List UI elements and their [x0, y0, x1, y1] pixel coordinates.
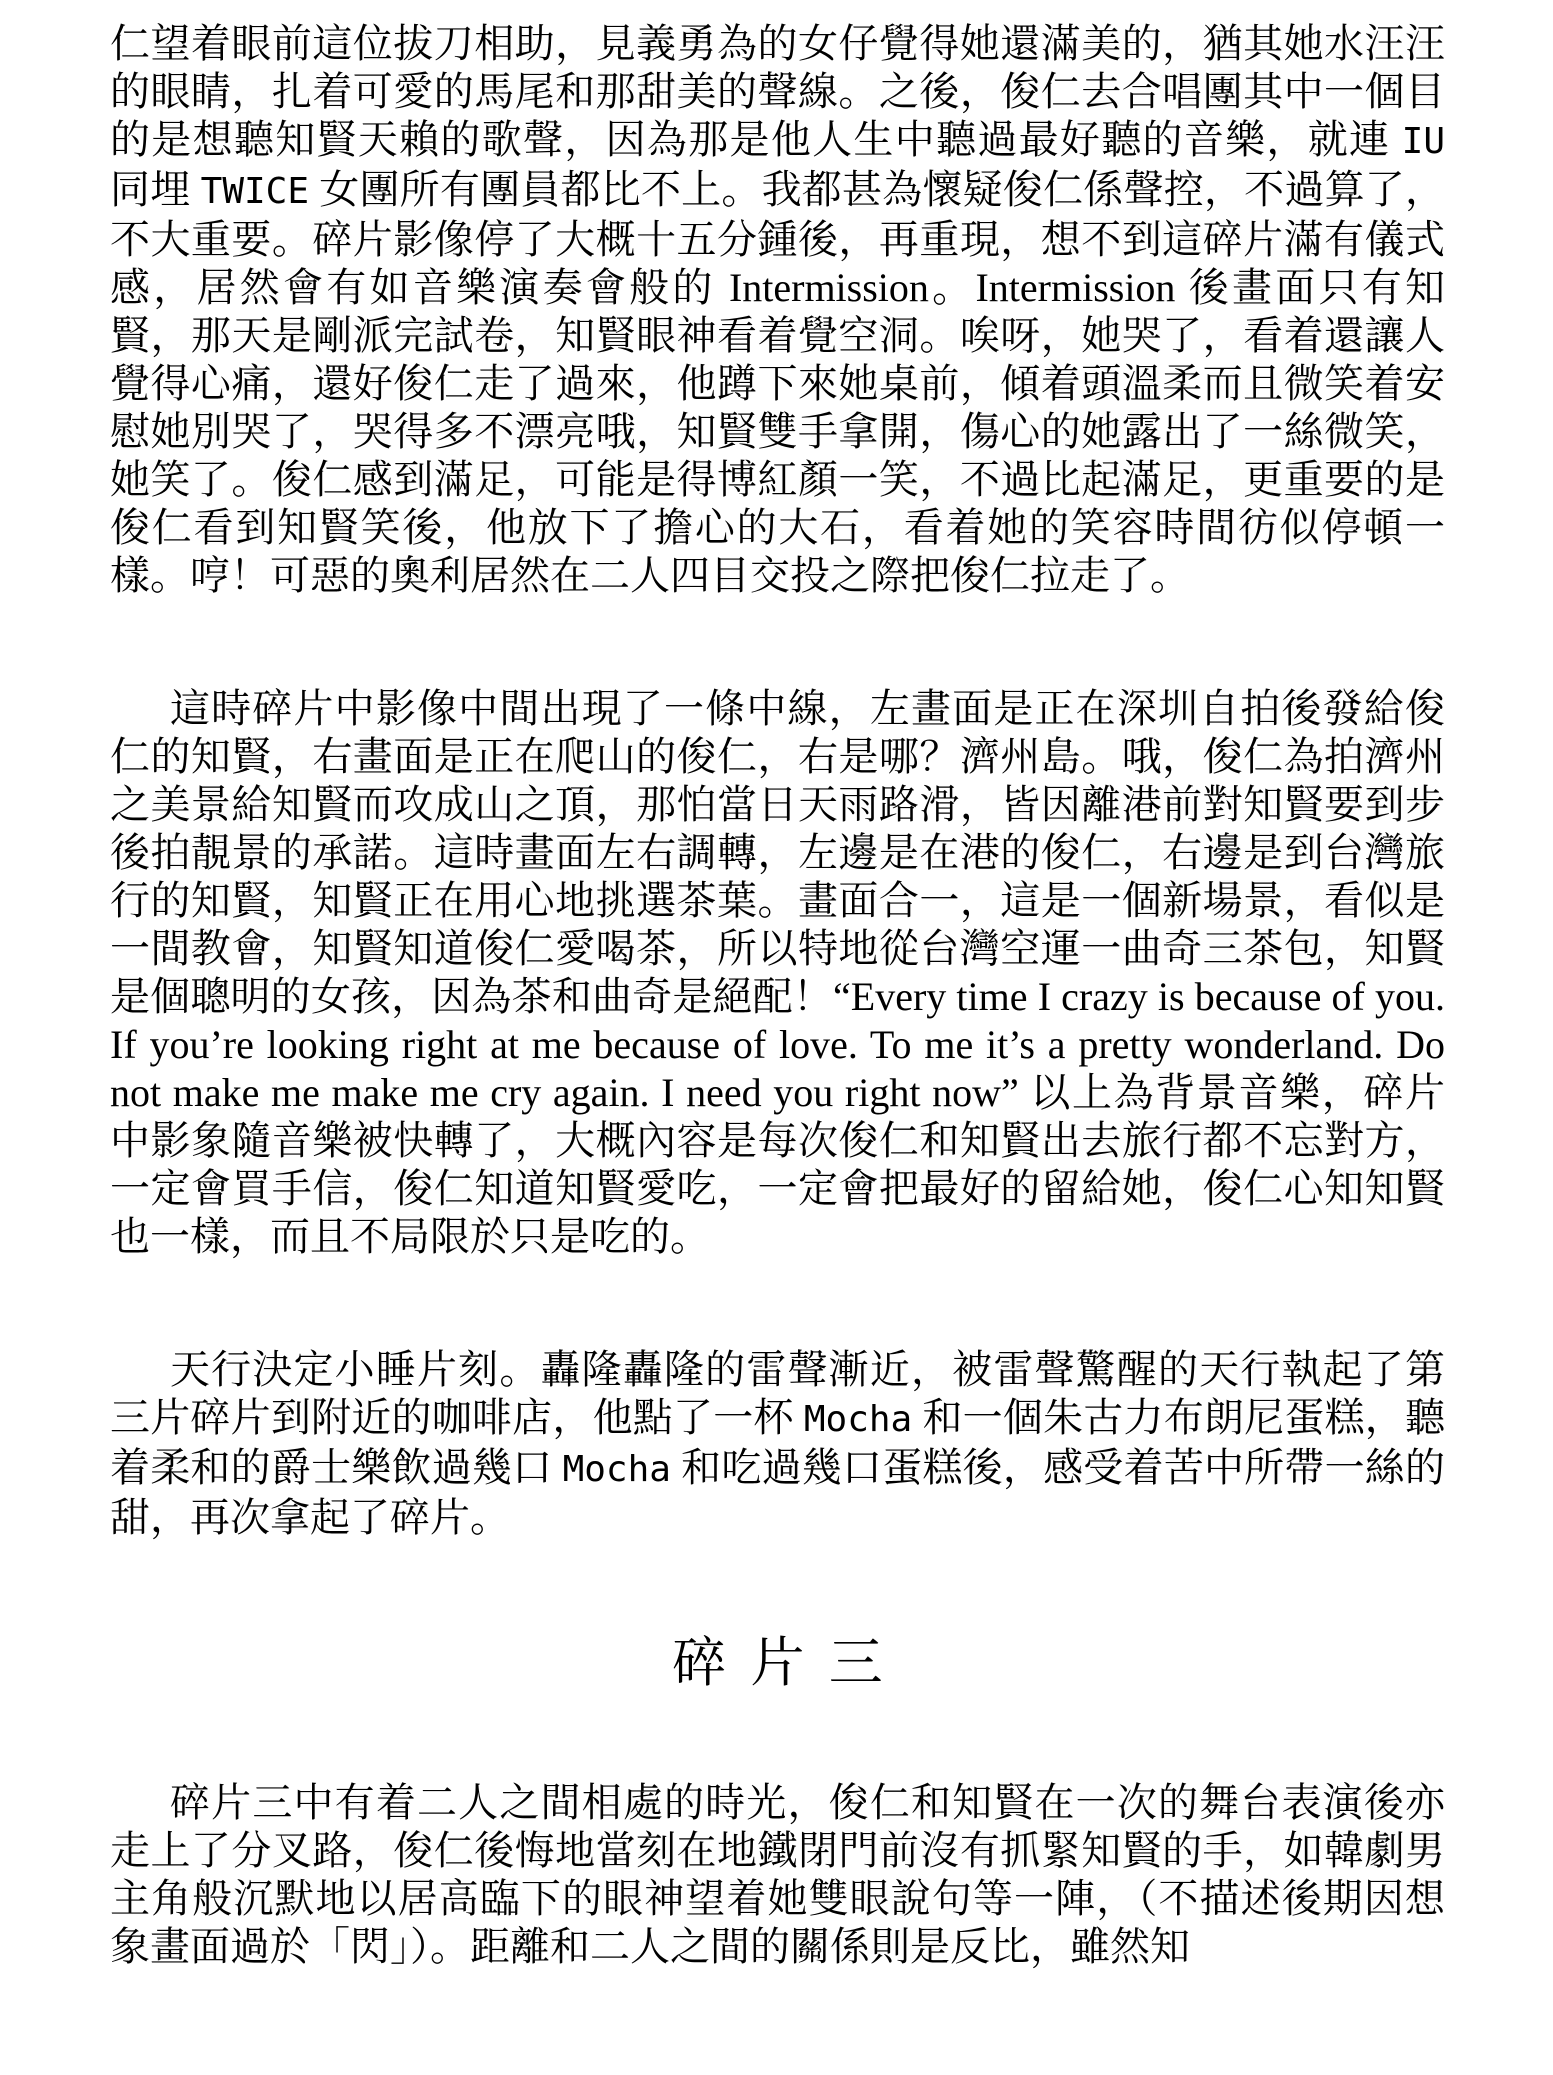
text-run: Intermission — [729, 265, 929, 310]
text-run: 。 — [929, 265, 976, 310]
text-run: Intermission — [975, 265, 1188, 310]
document-page: 仁望着眼前這位拔刀相助，見義勇為的女仔覺得她還滿美的，猶其她水汪汪的眼睛，扎着可… — [0, 0, 1553, 2075]
text-run: Mocha — [563, 1449, 671, 1490]
text-run: IU — [1402, 121, 1445, 162]
paragraph-3: 天行決定小睡片刻。轟隆轟隆的雷聲漸近，被雷聲驚醒的天行執起了第三片碎片到附近的咖… — [110, 1346, 1445, 1542]
text-run: Mocha — [804, 1399, 912, 1440]
document-body: 仁望着眼前這位拔刀相助，見義勇為的女仔覺得她還滿美的，猶其她水汪汪的眼睛，扎着可… — [0, 0, 1553, 1971]
paragraph-2: 這時碎片中影像中間出現了一條中線，左畫面是正在深圳自拍後發給俊仁的知賢，右畫面是… — [110, 685, 1445, 1261]
text-run: 仁望着眼前這位拔刀相助，見義勇為的女仔覺得她還滿美的，猶其她水汪汪的眼睛，扎着可… — [110, 21, 1445, 162]
text-run: TWICE — [201, 171, 309, 212]
text-run: 後畫面只有知賢，那天是剛派完試卷，知賢眼神看着覺空洞。唉呀，她哭了，看着還讓人覺… — [110, 265, 1445, 598]
text-run: 這時碎片中影像中間出現了一條中線，左畫面是正在深圳自拍後發給俊仁的知賢，右畫面是… — [110, 686, 1445, 1019]
section-heading: 碎片三 — [110, 1627, 1445, 1699]
text-run: 碎片三中有着二人之間相處的時光，俊仁和知賢在一次的舞台表演後亦走上了分叉路，俊仁… — [110, 1780, 1445, 1969]
text-run: 同埋 — [110, 167, 201, 212]
paragraph-1: 仁望着眼前這位拔刀相助，見義勇為的女仔覺得她還滿美的，猶其她水汪汪的眼睛，扎着可… — [110, 20, 1445, 600]
paragraph-4: 碎片三中有着二人之間相處的時光，俊仁和知賢在一次的舞台表演後亦走上了分叉路，俊仁… — [110, 1779, 1445, 1971]
